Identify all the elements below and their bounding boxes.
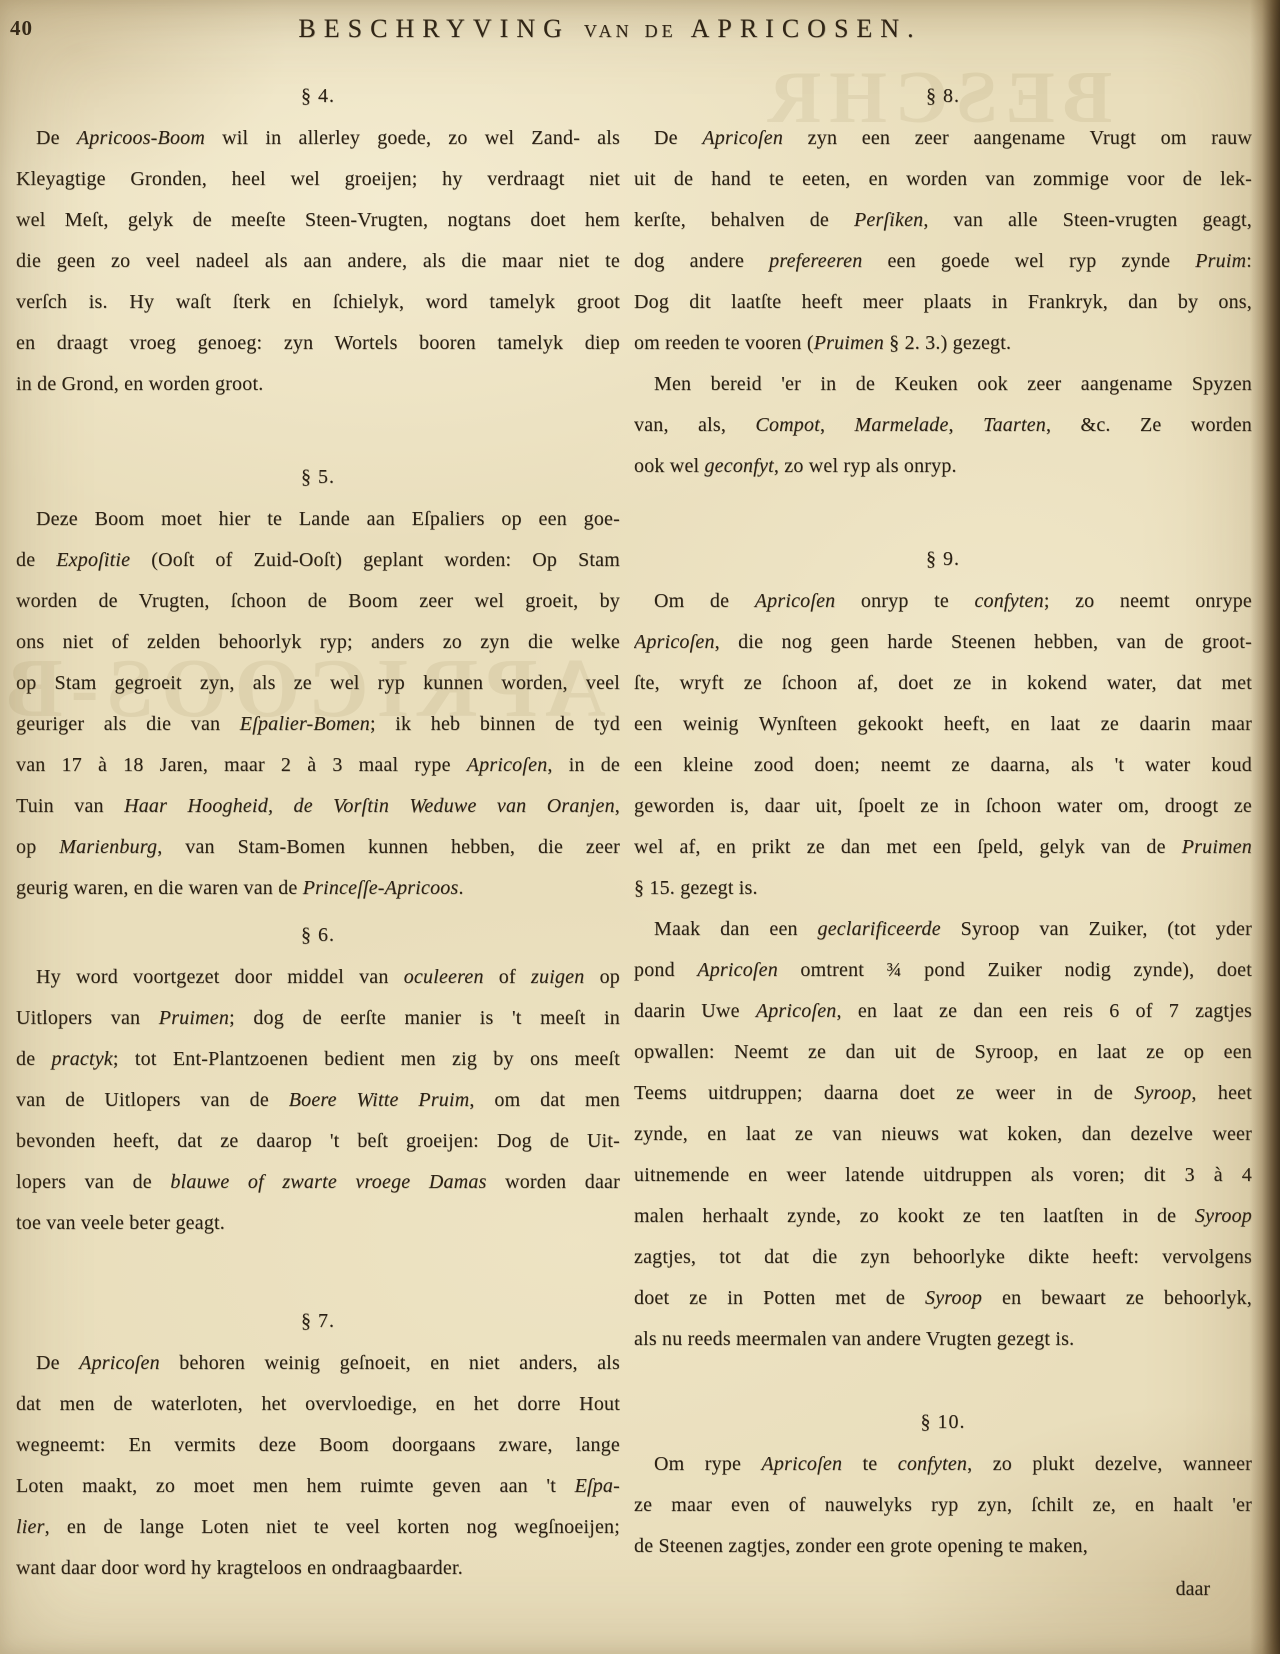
text-line: Dog dit laatſte heeft meer plaats in Fra… (634, 282, 1252, 323)
text-line: zagtjes, tot dat die zyn behoorlyke dikt… (634, 1237, 1252, 1278)
running-title-word: DE (645, 21, 677, 41)
text-line: verſch is. Hy waſt ſterk en ſchielyk, wo… (16, 282, 620, 323)
text-line: wel af, en prikt ze dan met een ſpeld, g… (634, 827, 1252, 868)
section-6: § 6.Hy word voortgezet door middel van o… (16, 913, 620, 1244)
text-line: een kleine zood doen; neemt ze daarna, a… (634, 745, 1252, 786)
paragraph: De Apricoſen zyn een zeer aangename Vrug… (634, 118, 1252, 364)
text-line: malen herhaalt zynde, zo kookt ze ten la… (634, 1196, 1252, 1237)
text-line: om reeden te vooren (Pruimen § 2. 3.) ge… (634, 323, 1252, 364)
text-columns: § 4.De Apricoos-Boom wil in allerley goe… (0, 58, 1280, 1589)
text-line: geworden is, daar uit, ſpoelt ze in ſcho… (634, 786, 1252, 827)
text-line: de Steenen zagtjes, zonder een grote ope… (634, 1526, 1252, 1567)
text-line: De Apricoſen zyn een zeer aangename Vrug… (634, 118, 1252, 159)
text-line: Teems uitdruppen; daarna doet ze weer in… (634, 1073, 1252, 1114)
paragraph: De Apricoos-Boom wil in allerley goede, … (16, 118, 620, 405)
right-column: § 8.De Apricoſen zyn een zeer aangename … (634, 58, 1252, 1589)
section-9: § 9.Om de Apricoſen onryp te confyten; z… (634, 537, 1252, 1360)
running-title-word: BESCHRYVING (298, 14, 569, 43)
page-header: 40 BESCHRYVINGVANDEAPRICOSEN. (0, 0, 1280, 58)
text-line: lier, en de lange Loten niet te veel kor… (16, 1507, 620, 1548)
section-7: § 7.De Apricoſen behoren weinig geſnoeit… (16, 1299, 620, 1589)
text-line: uitnemende en weer latende uitdruppen al… (634, 1155, 1252, 1196)
text-line: zynde, en laat ze van nieuws wat koken, … (634, 1114, 1252, 1155)
paragraph: Maak dan een geclarificeerde Syroop van … (634, 909, 1252, 1360)
text-line: ons niet of zelden behoorlyk ryp; anders… (16, 622, 620, 663)
text-line: Apricoſen, die nog geen harde Steenen he… (634, 622, 1252, 663)
paragraph: Hy word voortgezet door middel van ocule… (16, 957, 620, 1244)
text-line: doet ze in Potten met de Syroop en bewaa… (634, 1278, 1252, 1319)
text-line: ook wel geconfyt, zo wel ryp als onryp. (634, 446, 1252, 487)
text-line: Om de Apricoſen onryp te confyten; zo ne… (634, 581, 1252, 622)
text-line: die geen zo veel nadeel als aan andere, … (16, 241, 620, 282)
paragraph: Om de Apricoſen onryp te confyten; zo ne… (634, 581, 1252, 909)
text-line: geurig waren, en die waren van de Prince… (16, 868, 620, 909)
text-line: van, als, Compot, Marmelade, Taarten, &c… (634, 405, 1252, 446)
section-heading: § 7. (16, 1299, 620, 1343)
text-line: uit de hand te eeten, en worden van zomm… (634, 159, 1252, 200)
text-line: wel Meſt, gelyk de meeſte Steen-Vrugten,… (16, 200, 620, 241)
paragraph: Om rype Apricoſen te confyten, zo plukt … (634, 1444, 1252, 1567)
section-5: § 5.Deze Boom moet hier te Lande aan Eſp… (16, 455, 620, 909)
running-title-word: APRICOSEN. (691, 14, 922, 43)
text-line: toe van veele beter geagt. (16, 1203, 620, 1244)
paragraph: Deze Boom moet hier te Lande aan Eſpalie… (16, 499, 620, 909)
text-line: lopers van de blauwe of zwarte vroege Da… (16, 1162, 620, 1203)
text-line: op Marienburg, van Stam-Bomen kunnen heb… (16, 827, 620, 868)
text-line: worden de Vrugten, ſchoon de Boom zeer w… (16, 581, 620, 622)
running-title-word: VAN (584, 21, 633, 41)
section-8: § 8.De Apricoſen zyn een zeer aangename … (634, 74, 1252, 487)
text-line: daarin Uwe Apricoſen, en laat ze dan een… (634, 991, 1252, 1032)
text-line: een weinig Wynſteen gekookt heeft, en la… (634, 704, 1252, 745)
paragraph: Men bereid 'er in de Keuken ook zeer aan… (634, 364, 1252, 487)
section-heading: § 5. (16, 455, 620, 499)
text-line: en draagt vroeg genoeg: zyn Wortels boor… (16, 323, 620, 364)
text-line: van de Uitlopers van de Boere Witte Prui… (16, 1080, 620, 1121)
text-line: in de Grond, en worden groot. (16, 364, 620, 405)
section-4: § 4.De Apricoos-Boom wil in allerley goe… (16, 74, 620, 405)
text-line: de practyk; tot Ent-Plantzoenen bedient … (16, 1039, 620, 1080)
text-line: opwallen: Neemt ze dan uit de Syroop, en… (634, 1032, 1252, 1073)
catchword: daar (1176, 1578, 1210, 1601)
text-line: Uitlopers van Pruimen; dog de eerſte man… (16, 998, 620, 1039)
text-line: geuriger als die van Eſpalier-Bomen; ik … (16, 704, 620, 745)
text-line: Om rype Apricoſen te confyten, zo plukt … (634, 1444, 1252, 1485)
paragraph: De Apricoſen behoren weinig geſnoeit, en… (16, 1343, 620, 1589)
text-line: Men bereid 'er in de Keuken ook zeer aan… (634, 364, 1252, 405)
running-title: BESCHRYVINGVANDEAPRICOSEN. (0, 14, 1220, 44)
text-line: Tuin van Haar Hoogheid, de Vorſtin Weduw… (16, 786, 620, 827)
text-line: op Stam gegroeit zyn, als ze wel ryp kun… (16, 663, 620, 704)
text-line: ſte, wryft ze ſchoon af, doet ze in koke… (634, 663, 1252, 704)
text-line: Kleyagtige Gronden, heel wel groeijen; h… (16, 159, 620, 200)
section-heading: § 4. (16, 74, 620, 118)
section-heading: § 10. (634, 1400, 1252, 1444)
text-line: van 17 à 18 Jaren, maar 2 à 3 maal rype … (16, 745, 620, 786)
text-line: Loten maakt, zo moet men hem ruimte geve… (16, 1466, 620, 1507)
section-heading: § 9. (634, 537, 1252, 581)
text-line: ze maar even of nauwelyks ryp zyn, ſchil… (634, 1485, 1252, 1526)
text-line: dat men de waterloten, het overvloedige,… (16, 1384, 620, 1425)
section-heading: § 8. (634, 74, 1252, 118)
text-line: de Expoſitie (Ooſt of Zuid-Ooſt) geplant… (16, 540, 620, 581)
text-line: Maak dan een geclarificeerde Syroop van … (634, 909, 1252, 950)
text-line: als nu reeds meermalen van andere Vrugte… (634, 1319, 1252, 1360)
text-line: Hy word voortgezet door middel van ocule… (16, 957, 620, 998)
text-line: want daar door word hy kragteloos en ond… (16, 1548, 620, 1589)
text-line: De Apricoſen behoren weinig geſnoeit, en… (16, 1343, 620, 1384)
text-line: wegneemt: En vermits deze Boom doorgaans… (16, 1425, 620, 1466)
text-line: dog andere prefereeren een goede wel ryp… (634, 241, 1252, 282)
section-10: § 10.Om rype Apricoſen te confyten, zo p… (634, 1400, 1252, 1567)
section-heading: § 6. (16, 913, 620, 957)
text-line: bevonden heeft, dat ze daarop 't beſt gr… (16, 1121, 620, 1162)
left-column: § 4.De Apricoos-Boom wil in allerley goe… (16, 58, 620, 1589)
text-line: § 15. gezegt is. (634, 868, 1252, 909)
text-line: De Apricoos-Boom wil in allerley goede, … (16, 118, 620, 159)
text-line: kerſte, behalven de Perſiken, van alle S… (634, 200, 1252, 241)
text-line: pond Apricoſen omtrent ¾ pond Zuiker nod… (634, 950, 1252, 991)
text-line: Deze Boom moet hier te Lande aan Eſpalie… (16, 499, 620, 540)
